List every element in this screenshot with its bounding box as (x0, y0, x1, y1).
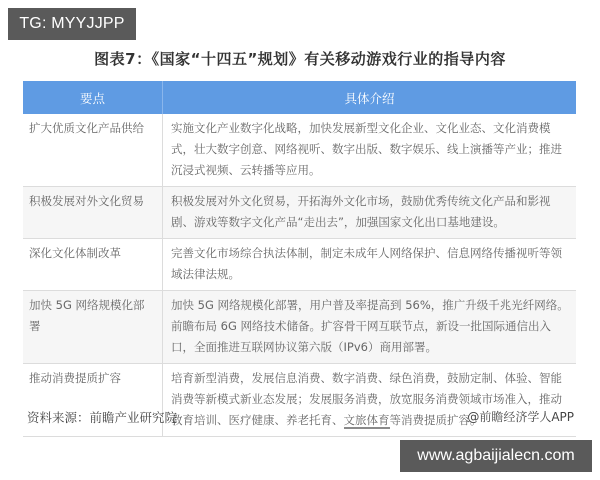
table-row: 深化文化体制改革 完善文化市场综合执法体制，制定未成年人网络保护、信息网络传播视… (23, 239, 576, 291)
tg-watermark-badge: TG: MYYJJPP (8, 8, 136, 40)
table-row: 积极发展对外文化贸易 积极发展对外文化贸易，开拓海外文化市场，鼓励优秀传统文化产… (23, 187, 576, 239)
row-point: 积极发展对外文化贸易 (23, 187, 163, 239)
row-detail: 积极发展对外文化贸易，开拓海外文化市场，鼓励优秀传统文化产品和影视剧、游戏等数字… (163, 187, 577, 239)
header-detail: 具体介绍 (163, 81, 577, 114)
table-header-row: 要点 具体介绍 (23, 81, 576, 114)
source-note: 资料来源：前瞻产业研究院 (27, 408, 177, 426)
row-point: 深化文化体制改革 (23, 239, 163, 291)
header-key-point: 要点 (23, 81, 163, 114)
row-point: 扩大优质文化产品供给 (23, 114, 163, 187)
row-detail: 培育新型消费，发展信息消费、数字消费、绿色消费，鼓励定制、体验、智能消费等新模式… (163, 364, 577, 437)
underlined-text: 文旅体育 (344, 413, 390, 429)
table-row: 加快 5G 网络规模化部署 加快 5G 网络规模化部署，用户普及率提高到 56%… (23, 291, 576, 364)
row-point: 加快 5G 网络规模化部署 (23, 291, 163, 364)
row-detail: 实施文化产业数字化战略，加快发展新型文化企业、文化业态、文化消费模式，壮大数字创… (163, 114, 577, 187)
credit-note: @前瞻经济学人APP (467, 408, 574, 425)
guidance-table: 要点 具体介绍 扩大优质文化产品供给 实施文化产业数字化战略，加快发展新型文化企… (23, 81, 576, 437)
site-watermark-badge: www.agbaijialecn.com (400, 440, 592, 472)
figure-title: 图表7：《国家“十四五”规划》有关移动游戏行业的指导内容 (0, 48, 600, 70)
table-row: 扩大优质文化产品供给 实施文化产业数字化战略，加快发展新型文化企业、文化业态、文… (23, 114, 576, 187)
row-detail: 加快 5G 网络规模化部署，用户普及率提高到 56%，推广升级千兆光纤网络。前瞻… (163, 291, 577, 364)
row-detail: 完善文化市场综合执法体制，制定未成年人网络保护、信息网络传播视听等领域法律法规。 (163, 239, 577, 291)
